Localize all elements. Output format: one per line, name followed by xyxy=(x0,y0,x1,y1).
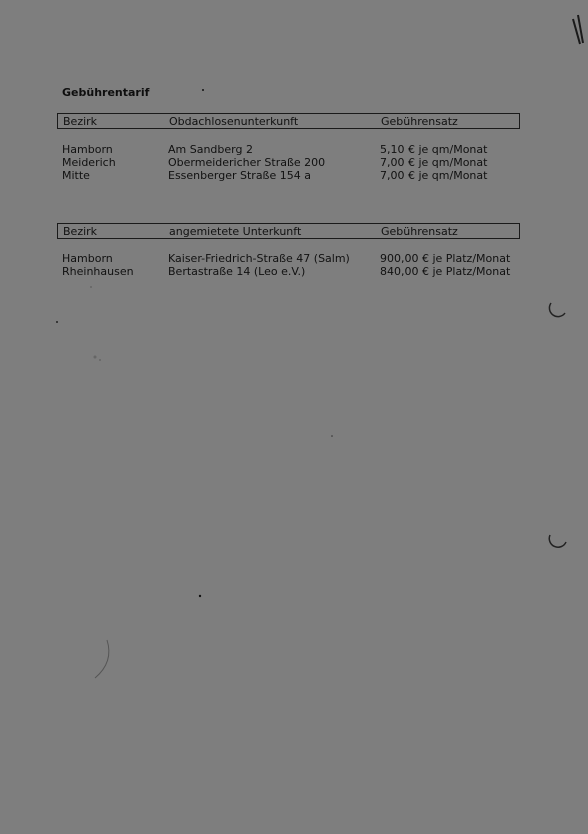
scan-artifacts xyxy=(0,0,588,834)
punch-hole-icon xyxy=(549,303,565,317)
punch-hole-icon xyxy=(549,535,566,547)
scan-scratch xyxy=(95,640,109,678)
scanned-page: Gebührentarif Bezirk Obdachlosenunterkun… xyxy=(0,0,588,834)
